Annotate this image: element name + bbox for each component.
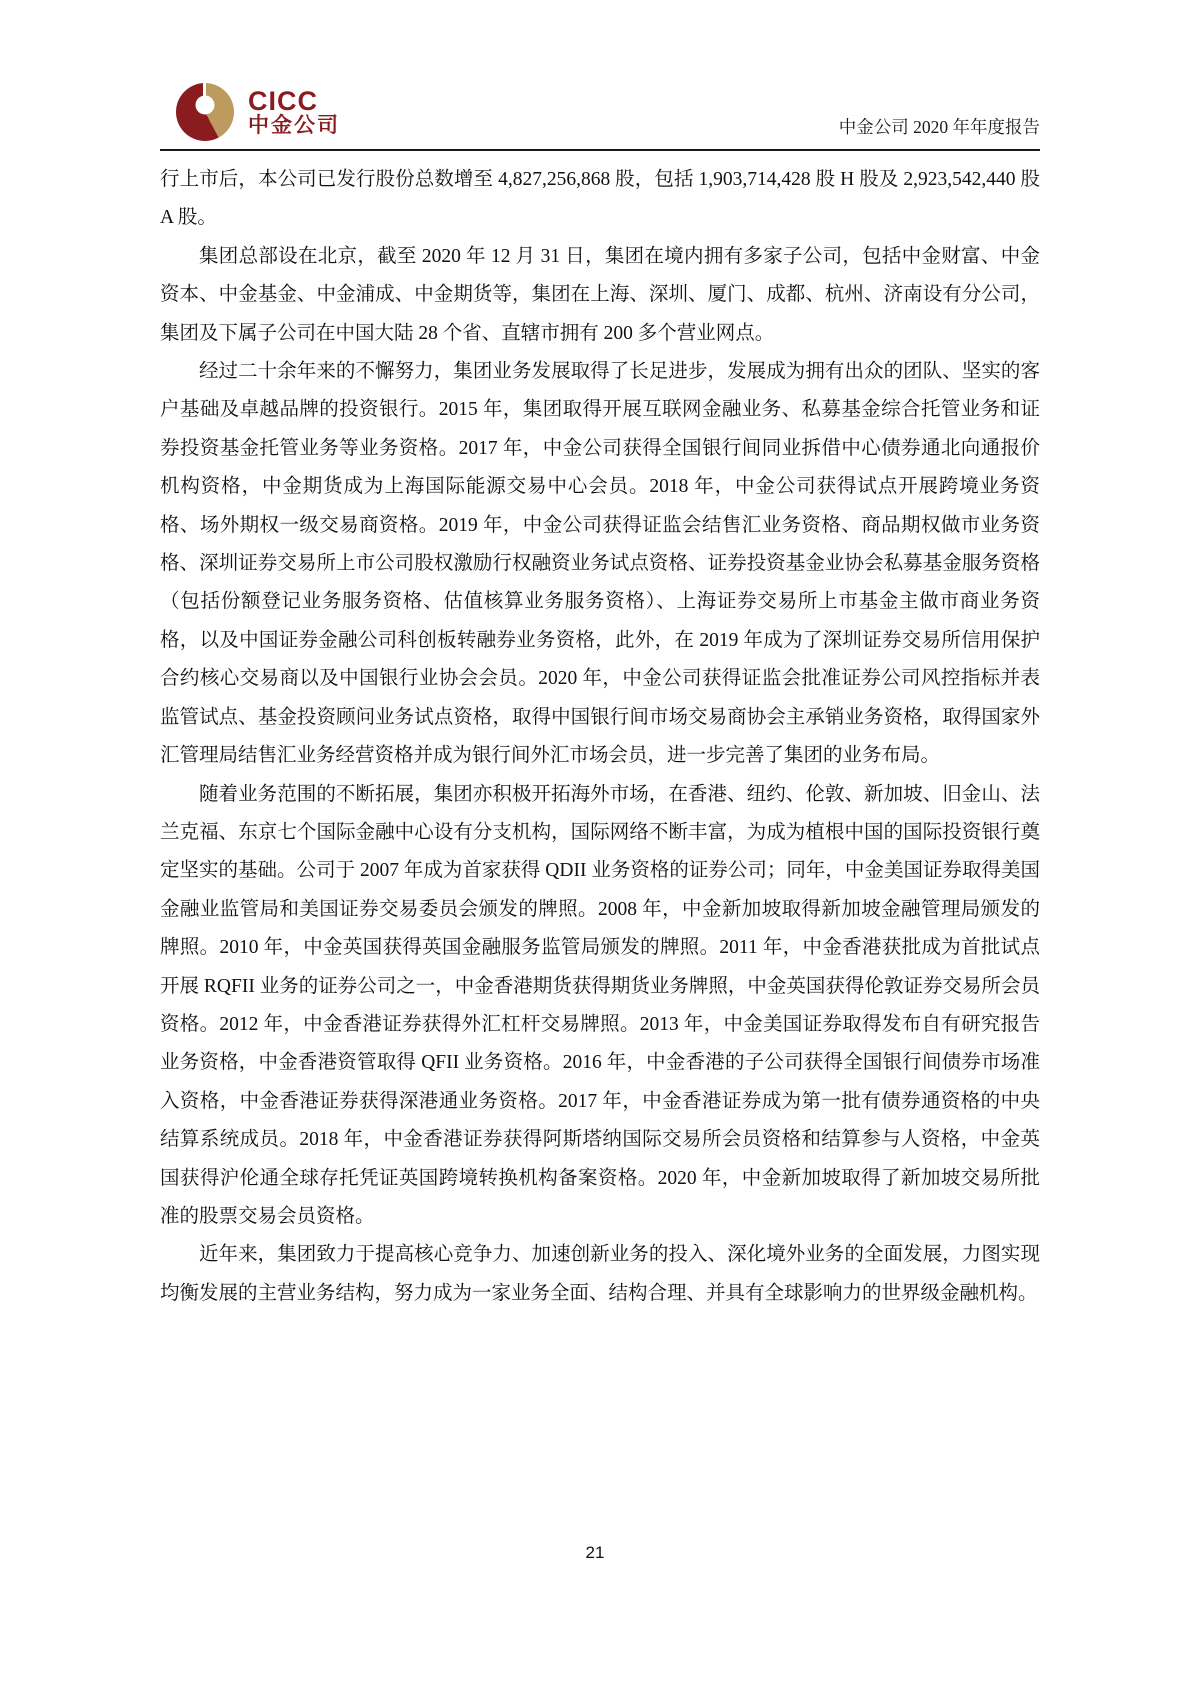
page-footer: 21 [0, 1543, 1190, 1563]
cicc-logo: CICC 中金公司 [176, 83, 340, 141]
report-page: CICC 中金公司 中金公司 2020 年年度报告 行上市后，本公司已发行股份总… [0, 0, 1190, 1683]
document-body: 行上市后，本公司已发行股份总数增至 4,827,256,868 股，包括 1,9… [160, 161, 1040, 1313]
logo-hole-shape [196, 96, 215, 115]
paragraph-domestic-licenses: 经过二十余年来的不懈努力，集团业务发展取得了长足进步，发展成为拥有出众的团队、坚… [160, 353, 1040, 775]
report-title: 中金公司 2020 年年度报告 [839, 114, 1040, 141]
paragraph-group-headquarters: 集团总部设在北京，截至 2020 年 12 月 31 日，集团在境内拥有多家子公… [160, 238, 1040, 353]
logo-wordmark: CICC 中金公司 [248, 87, 340, 137]
page-header: CICC 中金公司 中金公司 2020 年年度报告 [160, 83, 1040, 151]
cicc-logo-icon [176, 83, 234, 141]
paragraph-share-total: 行上市后，本公司已发行股份总数增至 4,827,256,868 股，包括 1,9… [160, 161, 1040, 238]
paragraph-recent-strategy: 近年来，集团致力于提高核心竞争力、加速创新业务的投入、深化境外业务的全面发展，力… [160, 1236, 1040, 1313]
logo-chinese-text: 中金公司 [248, 115, 340, 137]
page-number: 21 [586, 1543, 605, 1562]
paragraph-overseas-expansion: 随着业务范围的不断拓展，集团亦积极开拓海外市场，在香港、纽约、伦敦、新加坡、旧金… [160, 776, 1040, 1237]
logo-latin-text: CICC [248, 87, 340, 115]
